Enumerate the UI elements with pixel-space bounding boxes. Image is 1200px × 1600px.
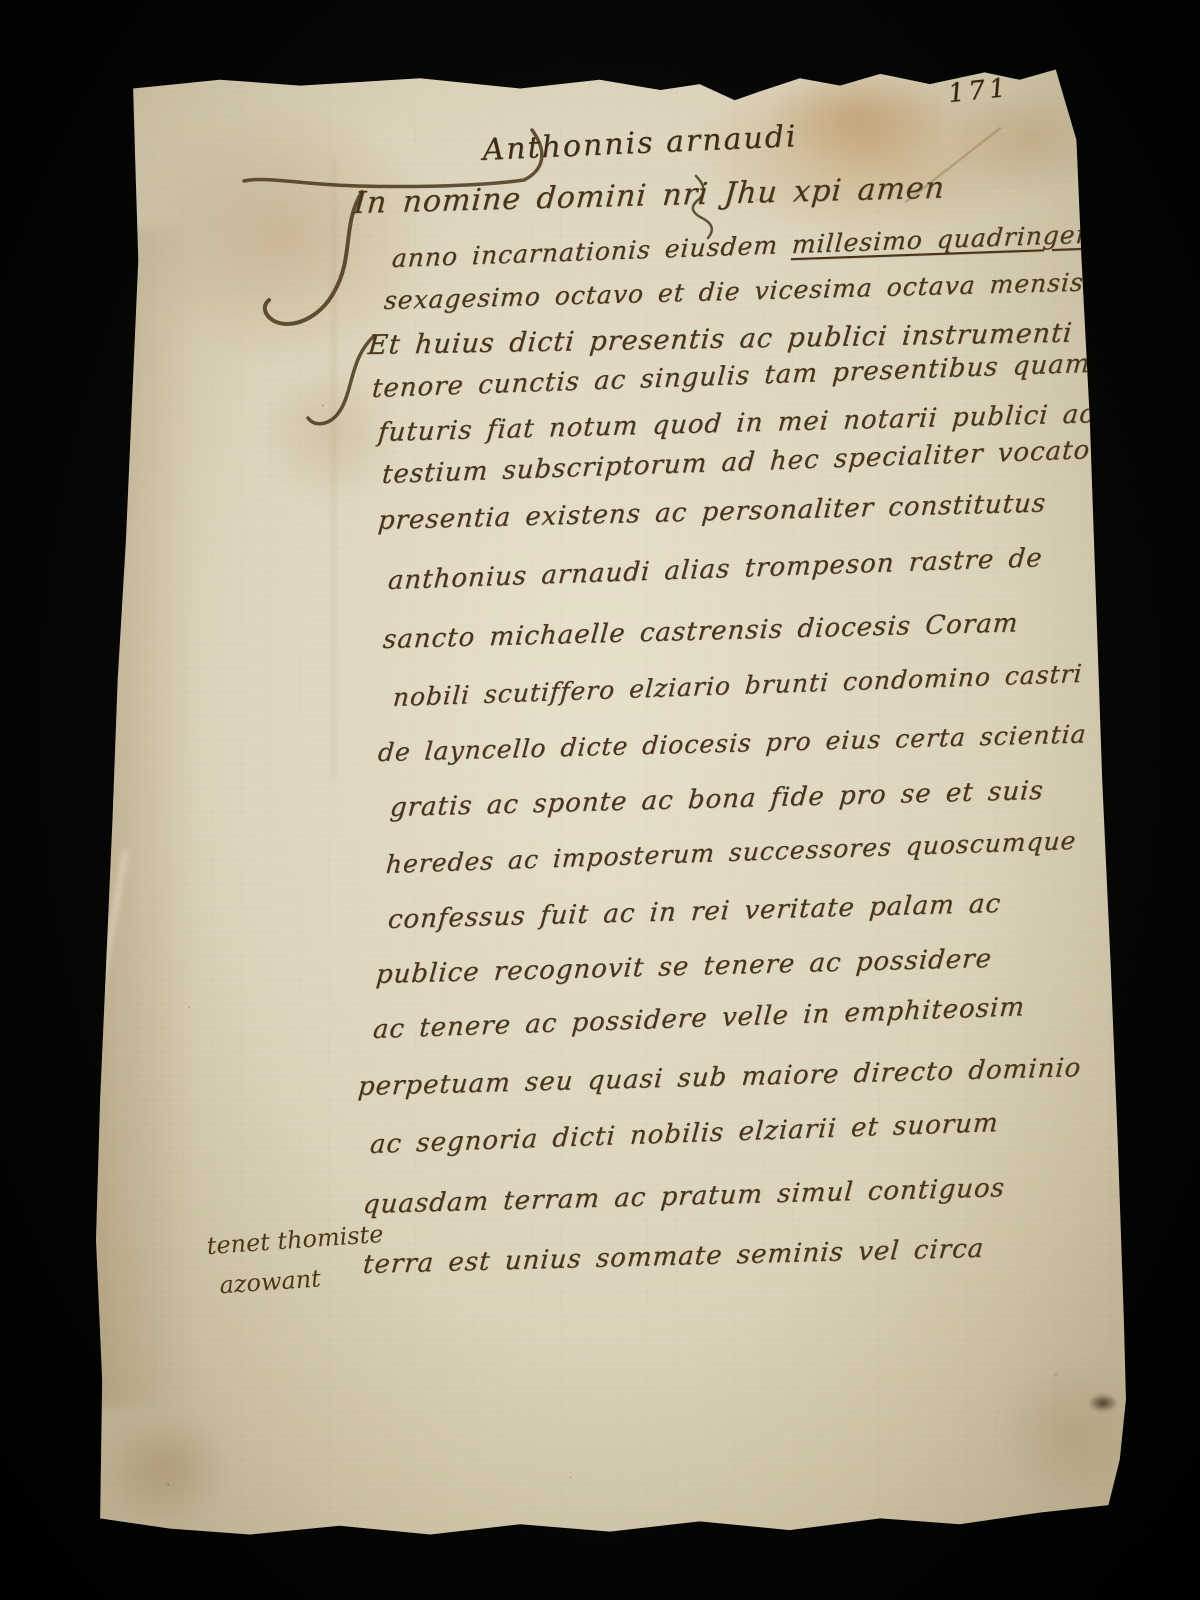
manuscript-line-18: perpetuam seu quasi sub maiore directo d… — [357, 1053, 1083, 1102]
stain-top-left — [76, 58, 496, 418]
manuscript-line-17: ac tenere ac possidere velle in emphiteo… — [372, 992, 1026, 1045]
manuscript-line-10: sancto michaelle castrensis diocesis Cor… — [382, 608, 1020, 655]
fold-crease-left — [80, 850, 127, 1097]
initial-flourish-et — [308, 336, 374, 424]
stain-left-edge — [84, 228, 196, 1408]
manuscript-line-3: sexagesimo octavo et die vicesima octava… — [383, 264, 1200, 315]
marginal-note: tenet thomiste azowant — [205, 1214, 387, 1306]
ink-blot-right-edge — [1082, 1390, 1124, 1416]
manuscript-line-14: heredes ac imposterum successores quoscu… — [385, 826, 1077, 879]
chain-line-crease — [332, 158, 335, 778]
manuscript-line-2: anno incarnationis eiusdem millesimo qua… — [391, 219, 1094, 273]
manuscript-line-21: terra est unius sommate seminis vel circ… — [362, 1234, 986, 1280]
heading-title: Anthonnis arnaudi — [360, 114, 921, 173]
manuscript-line-8: presentia existens ac personaliter const… — [377, 488, 1047, 536]
photo-backdrop: 171 Anthonnis arnaudi In nomine domini n… — [0, 0, 1200, 1600]
manuscript-line-20: quasdam terram ac pratum simul contiguos — [362, 1173, 1006, 1220]
initial-flourish-in — [265, 192, 362, 324]
manuscript-line-1: In nomine domini nri Jhu xpi amen — [353, 170, 947, 221]
manuscript-line-15: confessus fuit ac in rei veritate palam … — [387, 889, 1002, 935]
manuscript-line-9: anthonius arnaudi alias trompeson rastre… — [387, 543, 1044, 596]
stain-bottom-right — [976, 1338, 1166, 1528]
manuscript-page: 171 Anthonnis arnaudi In nomine domini n… — [96, 68, 1128, 1536]
manuscript-line-13: gratis ac sponte ac bona fide pro se et … — [389, 776, 1045, 823]
manuscript-line-12: de layncello dicte diocesis pro eius cer… — [377, 719, 1088, 767]
manuscript-line-11: nobili scutiffero elziario brunti condom… — [392, 659, 1084, 712]
folio-number: 171 — [947, 73, 1011, 109]
stain-bottom-left — [81, 1388, 251, 1548]
manuscript-line-19: ac segnoria dicti nobilis elziarii et su… — [369, 1108, 1000, 1160]
manuscript-line-16: publice recognovit se tenere ac possider… — [375, 944, 993, 990]
